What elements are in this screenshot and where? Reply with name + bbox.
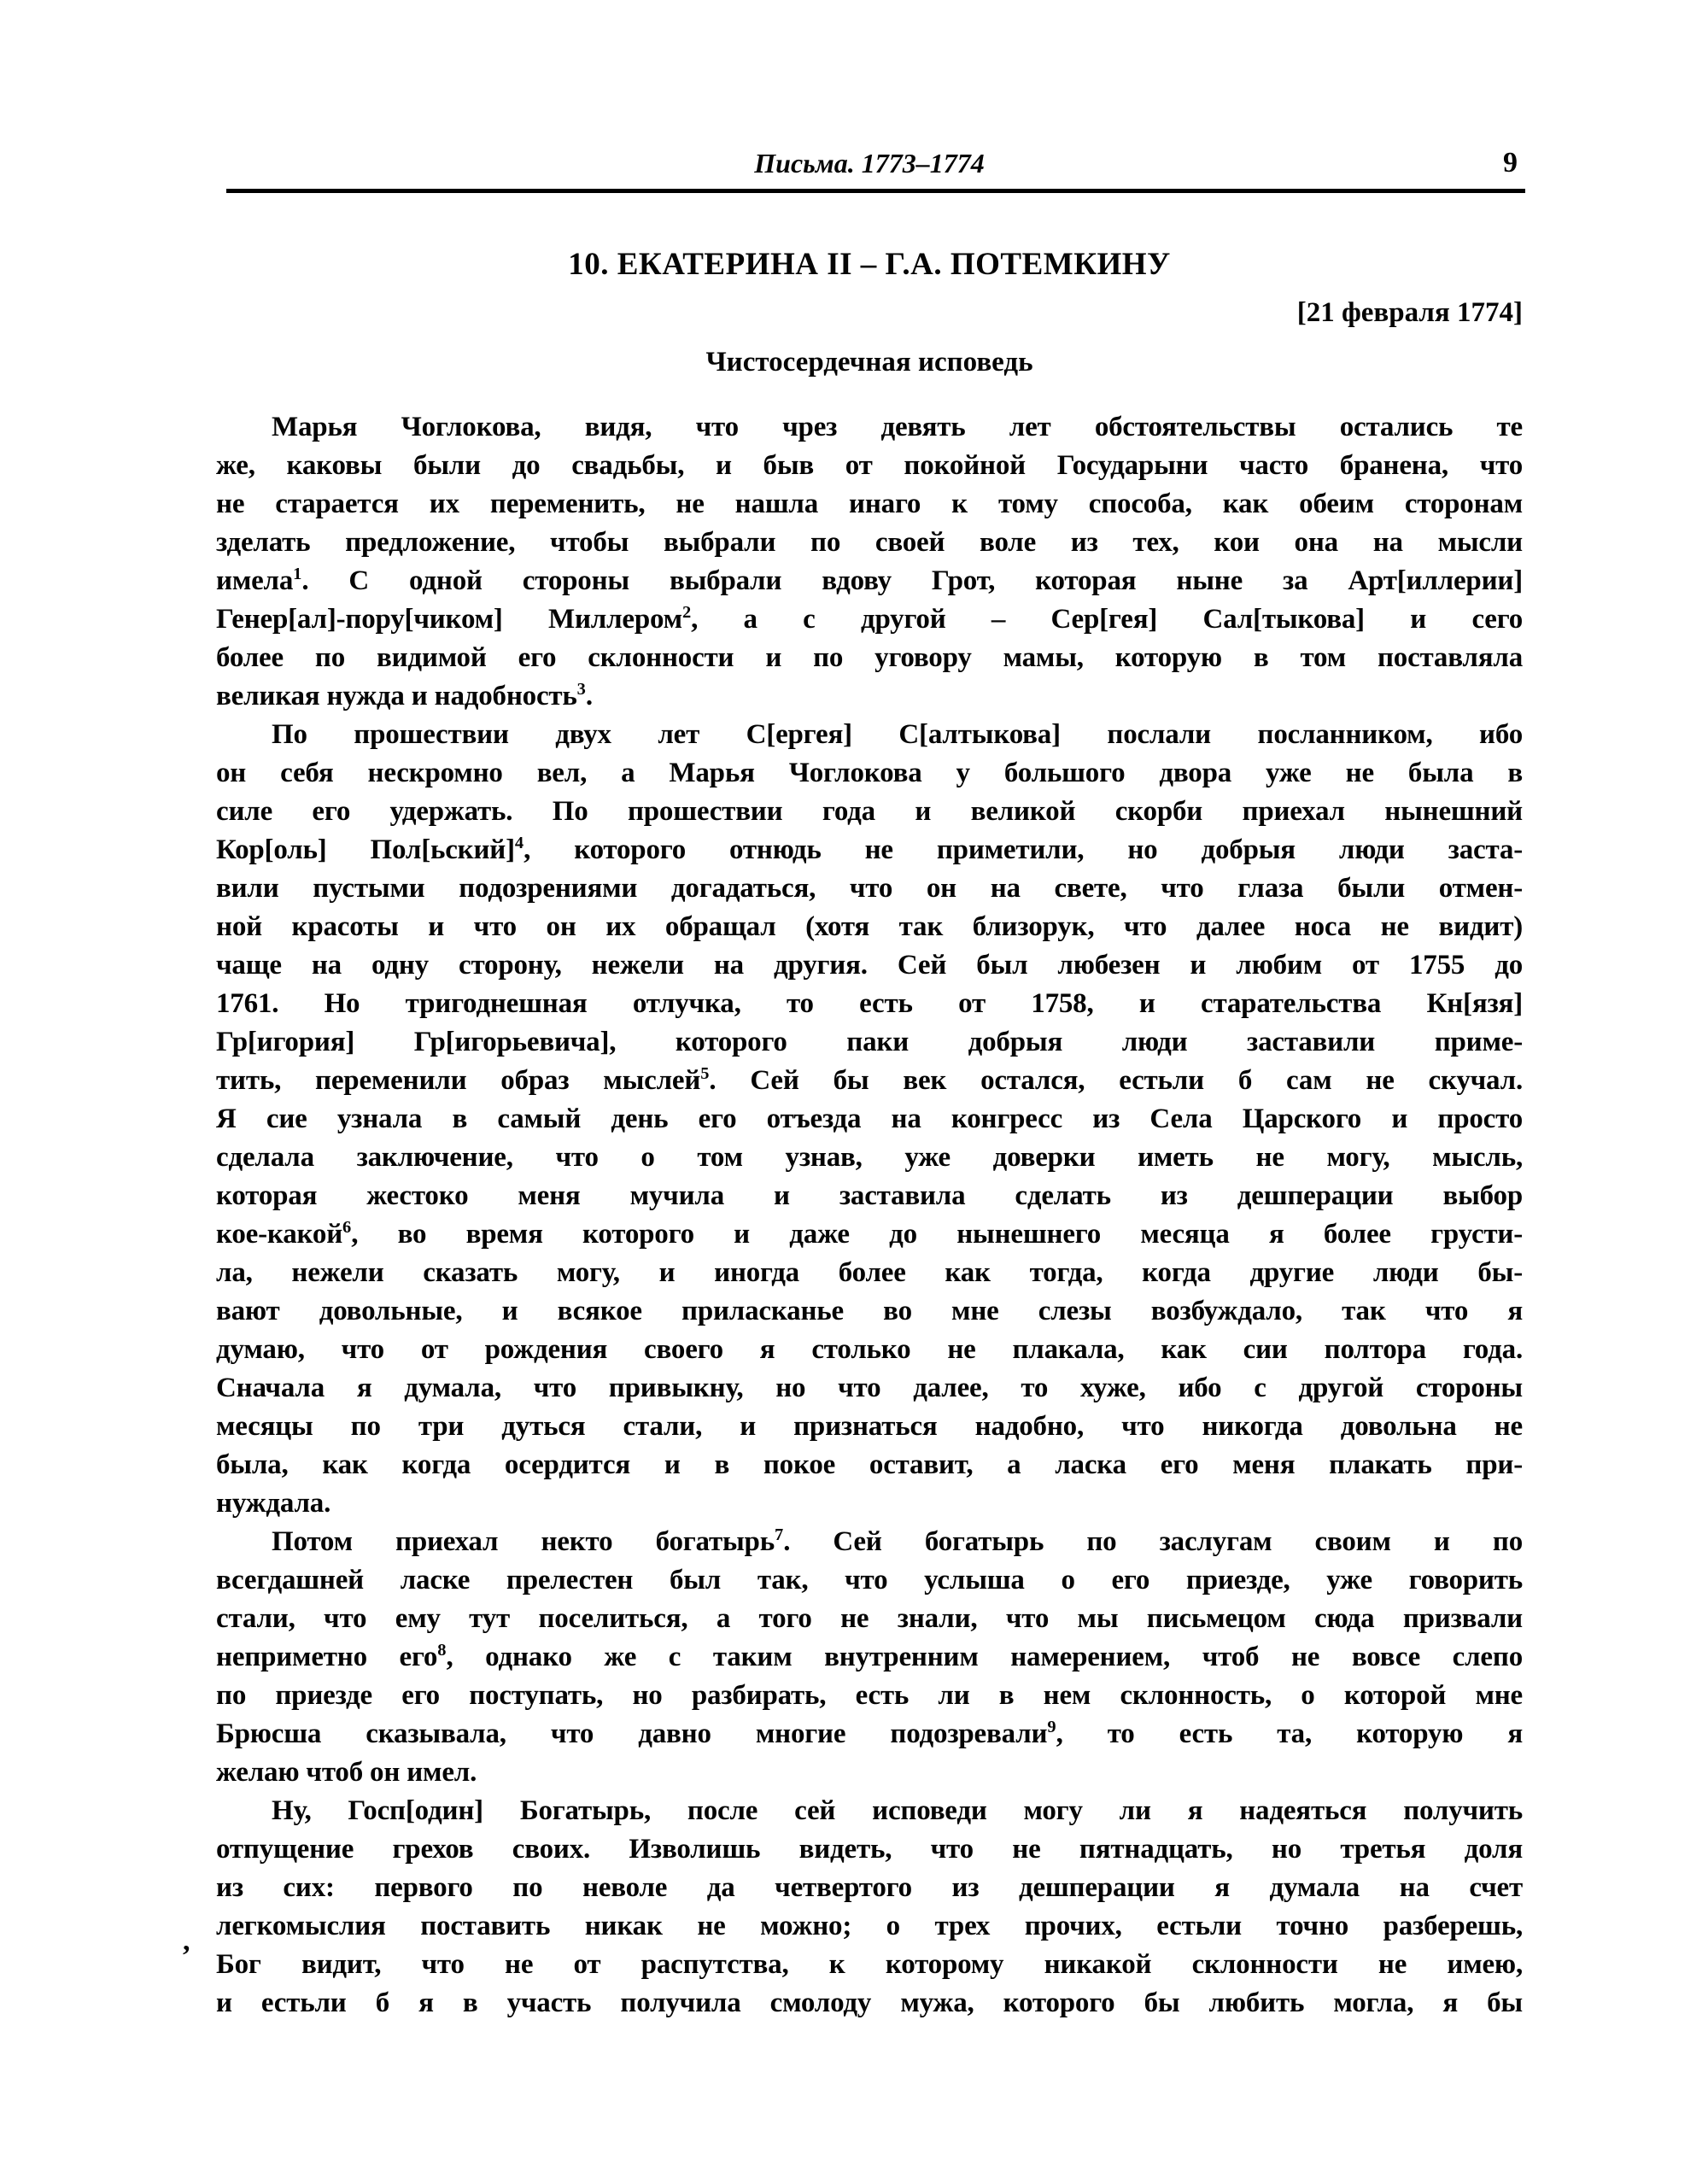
text-line: Марья Чоглокова, видя, что чрез девять л… [216,408,1523,447]
stray-mark: , [183,1927,190,1956]
footnote-ref: 7 [775,1525,783,1544]
text-line: чаще на одну сторону, нежели на другия. … [216,946,1523,985]
text-line: и естьли б я в участь получила смолоду м… [216,1984,1523,2023]
text-line: не старается их переменить, не нашла ина… [216,485,1523,524]
text-line: думаю, что от рождения своего я столько … [216,1331,1523,1369]
text-line: всегдашней ласке прелестен был так, что … [216,1561,1523,1600]
text-line: зделать предложение, чтобы выбрали по св… [216,524,1523,562]
text-line: великая нужда и надобность3. [216,677,1523,716]
text-line: неприметно его8, однако же с таким внутр… [216,1638,1523,1677]
text-line: легкомыслия поставить никак не можно; о … [216,1907,1523,1946]
letter-subtitle: Чистосердечная исповедь [216,345,1523,379]
text-line: которая жестоко меня мучила и заставила … [216,1177,1523,1215]
text-line: Я сие узнала в самый день его отъезда на… [216,1100,1523,1139]
text-line: ной красоты и что он их обращал (хотя та… [216,908,1523,946]
text-line: Брюсша сказывала, что давно многие подоз… [216,1715,1523,1754]
text-line: Бог видит, что не от распутства, к котор… [216,1946,1523,1984]
text-line: вают довольные, и всякое приласканье во … [216,1292,1523,1331]
text-line: была, как когда осердится и в покое оста… [216,1446,1523,1484]
text-line: же, каковы были до свадьбы, и быв от пок… [216,447,1523,485]
text-line: Гр[игория] Гр[игорьевича], которого паки… [216,1023,1523,1062]
text-line: тить, переменили образ мыслей5. Сей бы в… [216,1062,1523,1100]
text-line: Сначала я думала, что привыкну, но что д… [216,1369,1523,1408]
text-line: Потом приехал некто богатырь7. Сей богат… [216,1523,1523,1561]
text-line: желаю чтоб он имел. [216,1754,1523,1792]
paragraph: Марья Чоглокова, видя, что чрез девять л… [216,408,1523,716]
text-line: Генер[ал]-пору[чиком] Миллером2, а с дру… [216,600,1523,639]
letter-body: Марья Чоглокова, видя, что чрез девять л… [216,408,1523,2023]
letter-date: [21 февраля 1774] [216,296,1523,330]
text-line: силе его удержать. По прошествии года и … [216,793,1523,831]
page-number: 9 [1503,147,1518,179]
running-header: Письма. 1773–1774 9 [216,147,1523,181]
text-line: 1761. Но тригоднешная отлучка, то есть о… [216,985,1523,1023]
footnote-ref: 9 [1047,1718,1056,1736]
paragraph: Потом приехал некто богатырь7. Сей богат… [216,1523,1523,1792]
running-title: Письма. 1773–1774 [754,148,984,179]
footnote-ref: 2 [682,603,691,622]
footnote-ref: 4 [515,834,524,852]
text-line: ла, нежели сказать могу, и иногда более … [216,1254,1523,1292]
footnote-ref: 6 [342,1218,351,1237]
text-line: стали, что ему тут поселиться, а того не… [216,1600,1523,1638]
text-line: по приезде его поступать, но разбирать, … [216,1677,1523,1715]
text-line: он себя нескромно вел, а Марья Чоглокова… [216,754,1523,793]
text-line: нуждала. [216,1484,1523,1523]
text-line: кое-какой6, во время которого и даже до … [216,1215,1523,1254]
text-line: По прошествии двух лет С[ергея] С[алтыко… [216,716,1523,754]
text-line: из сих: первого по неволе да четвертого … [216,1869,1523,1907]
text-line: месяцы по три дуться стали, и признаться… [216,1408,1523,1446]
text-line: сделала заключение, что о том узнав, уже… [216,1139,1523,1177]
footnote-ref: 8 [437,1641,446,1660]
book-page: Письма. 1773–1774 9 10. ЕКАТЕРИНА II – Г… [0,0,1708,2178]
text-line: отпущение грехов своих. Изволишь видеть,… [216,1830,1523,1869]
footnote-ref: 3 [577,680,586,699]
paragraph: По прошествии двух лет С[ергея] С[алтыко… [216,716,1523,1523]
letter-title: 10. ЕКАТЕРИНА II – Г.А. ПОТЕМКИНУ [216,246,1523,284]
text-line: Кор[оль] Пол[ьский]4, которого отнюдь не… [216,831,1523,869]
text-line: более по видимой его склонности и по уго… [216,639,1523,677]
text-line: Ну, Госп[один] Богатырь, после сей испов… [216,1792,1523,1830]
paragraph: Ну, Госп[один] Богатырь, после сей испов… [216,1792,1523,2023]
text-line: вили пустыми подозрениями догадаться, чт… [216,869,1523,908]
footnote-ref: 5 [700,1064,709,1083]
text-line: имела1. С одной стороны выбрали вдову Гр… [216,562,1523,600]
footnote-ref: 1 [293,565,301,583]
header-divider-rule [226,189,1525,193]
